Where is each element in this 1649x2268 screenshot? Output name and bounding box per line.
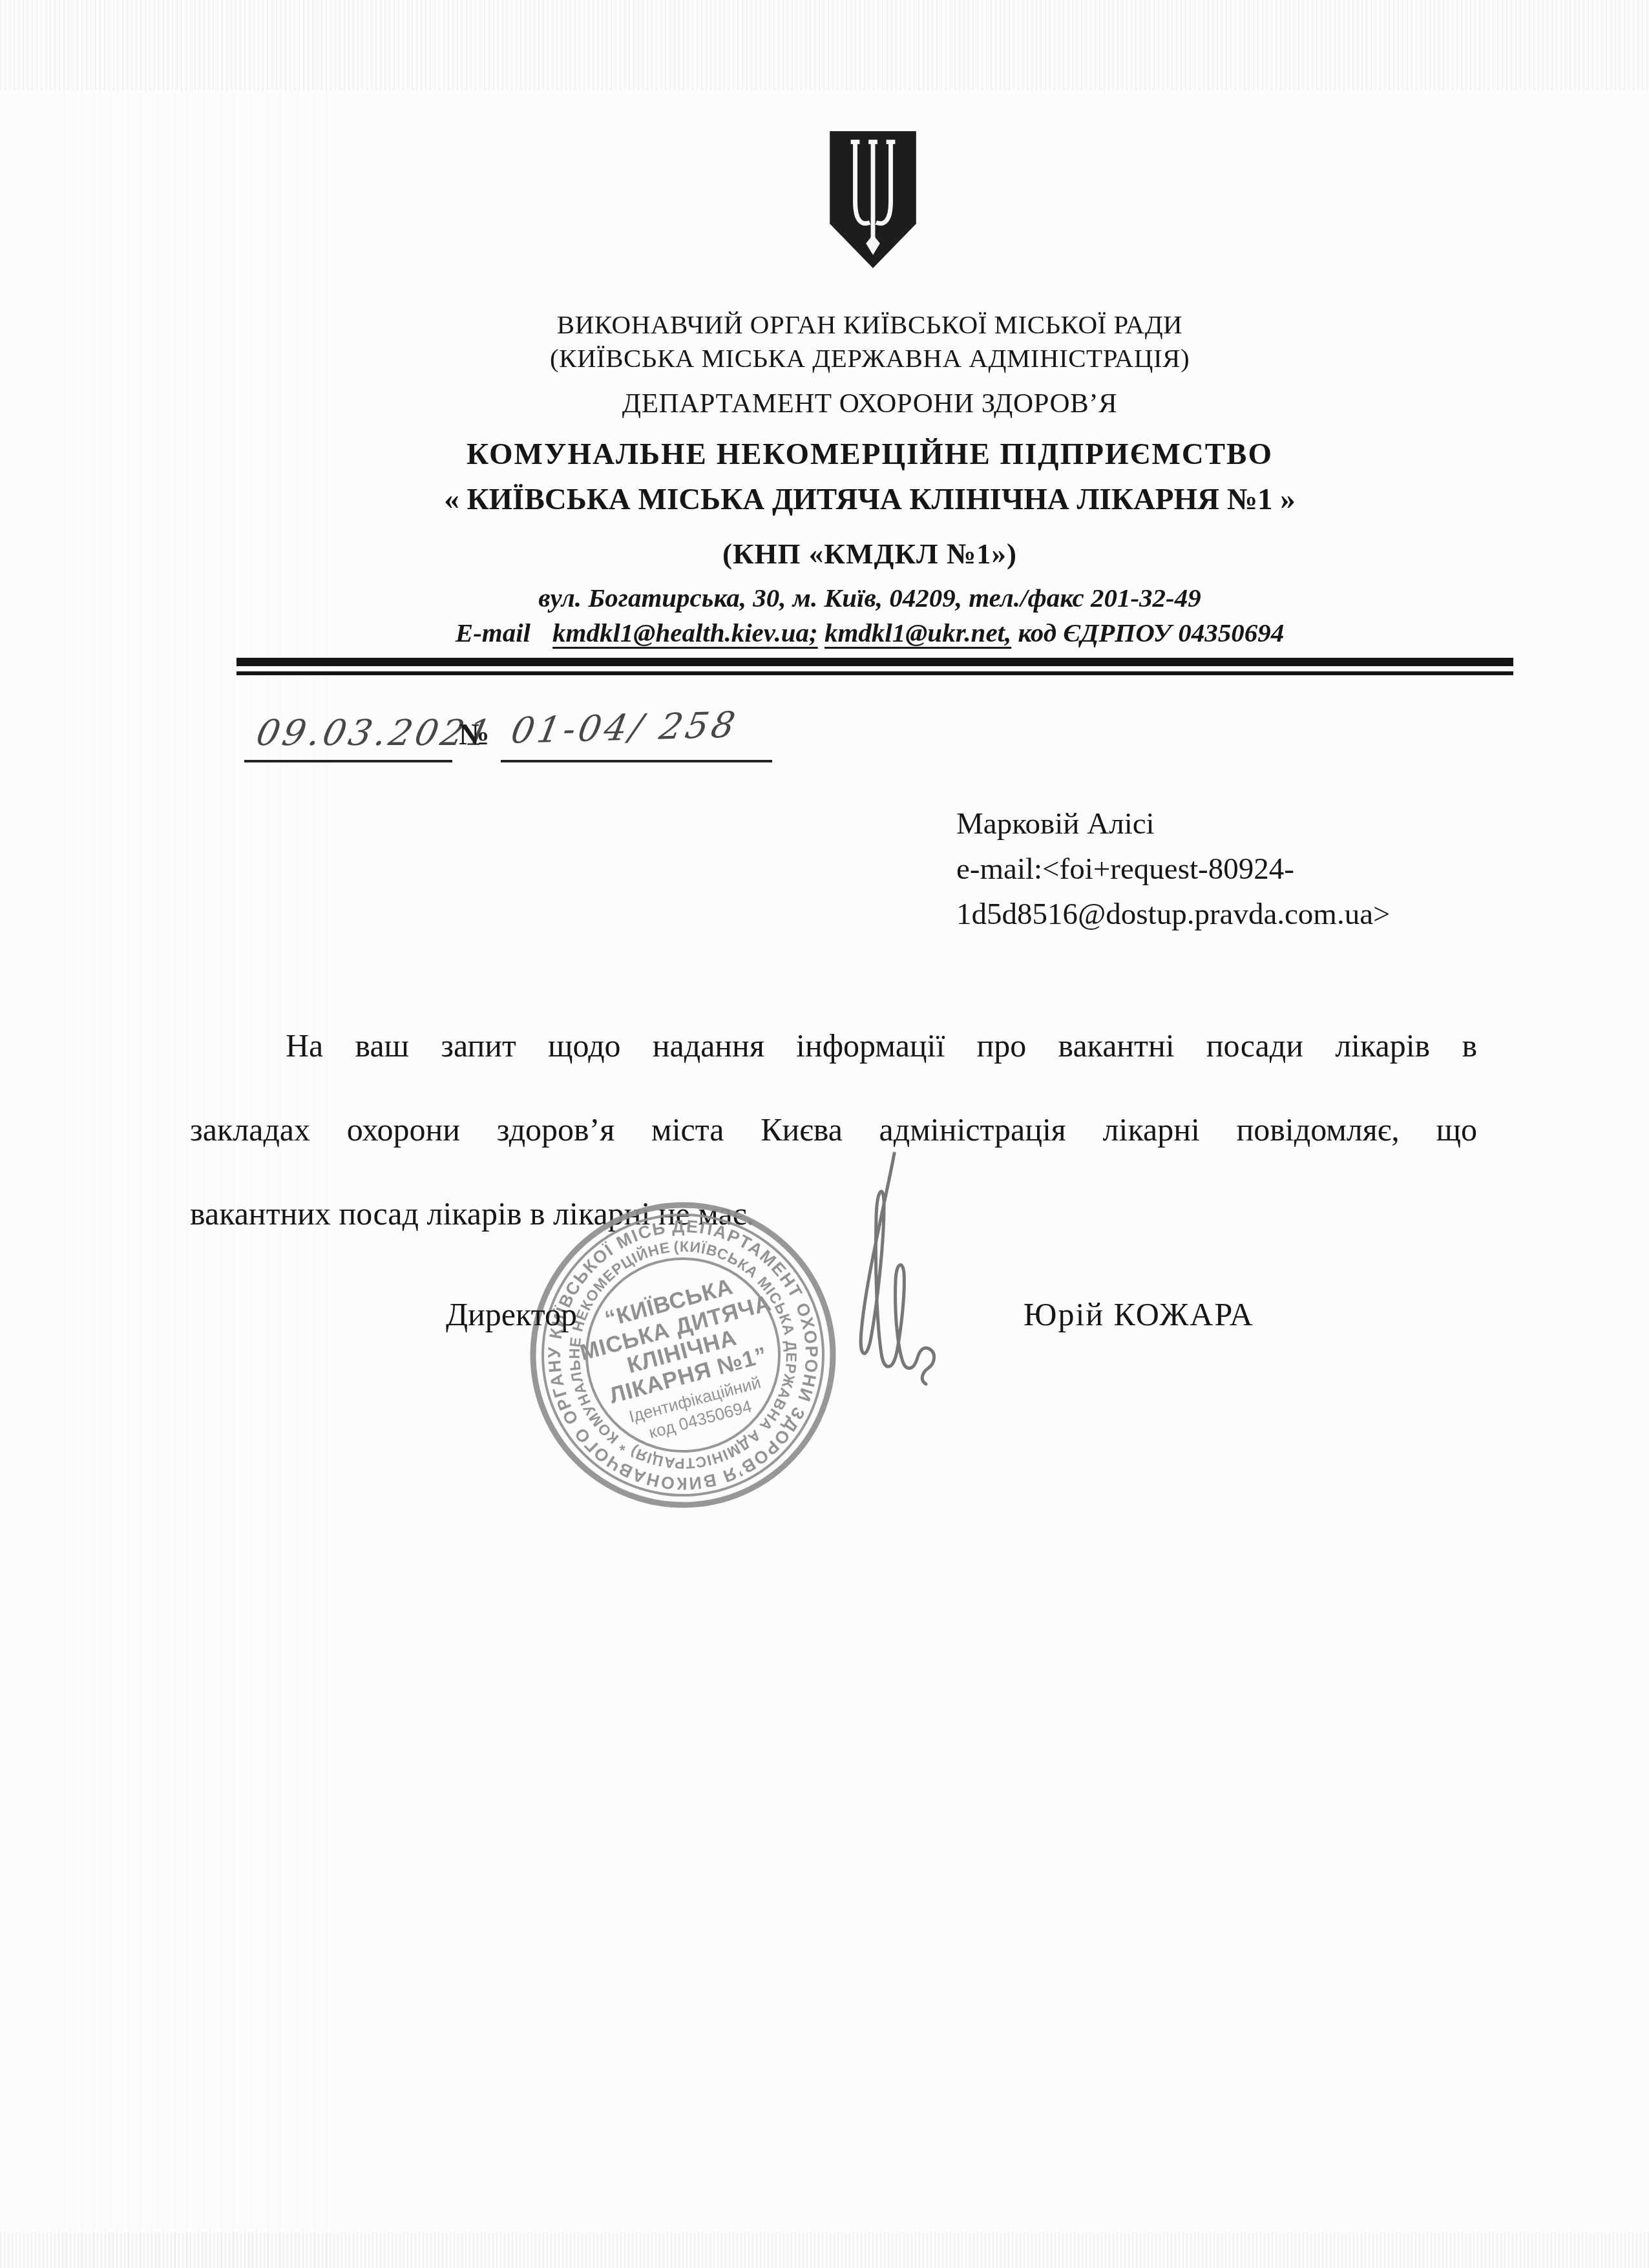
edrpou-code: код ЄДРПОУ 04350694: [1018, 618, 1285, 647]
header-org-line2: (КИЇВСЬКА МІСЬКА ДЕРЖАВНА АДМІНІСТРАЦІЯ): [45, 342, 1649, 373]
body-line-1: На ваш запит щодо надання інформації про…: [190, 1003, 1477, 1087]
header-postal-address: вул. Богатирська, 30, м. Київ, 04209, те…: [45, 582, 1649, 613]
email-secondary: kmdkl1@ukr.net,: [824, 618, 1011, 647]
header-department: ДЕПАРТАМЕНТ ОХОРОНИ ЗДОРОВ’Я: [45, 388, 1649, 419]
signoff-name: Юрій КОЖАРА: [1024, 1296, 1254, 1333]
handwritten-outgoing-number: 01-04/ 258: [511, 704, 738, 751]
scan-noise-bottom: [0, 2232, 1649, 2268]
header-enterprise-name: « КИЇВСЬКА МІСЬКА ДИТЯЧА КЛІНІЧНА ЛІКАРН…: [45, 482, 1649, 517]
director-signature: [817, 1144, 947, 1392]
ukraine-trident-emblem: [825, 128, 921, 273]
email-label: E-mail: [456, 618, 530, 647]
email-primary: kmdkl1@health.kiev.ua;: [552, 618, 818, 647]
header-enterprise-abbreviation: (КНП «КМДКЛ №1»): [45, 537, 1649, 571]
recipient-name: Марковій Алісі: [956, 801, 1391, 846]
header-org-line1: ВИКОНАВЧИЙ ОРГАН КИЇВСЬКОЇ МІСЬКОЇ РАДИ: [45, 309, 1649, 340]
hospital-round-stamp: ДЕПАРТАМЕНТ ОХОРОНИ ЗДОРОВ’Я ВИКОНАВЧОГО…: [528, 1200, 838, 1510]
recipient-email-line2: 1d5d8516@dostup.pravda.com.ua>: [956, 892, 1391, 937]
scanned-letter: { "document": { "header": { "org_line1":…: [0, 0, 1649, 2268]
date-underline: [244, 760, 452, 762]
header-enterprise-type: КОМУНАЛЬНЕ НЕКОМЕРЦІЙНЕ ПІДПРИЄМСТВО: [45, 437, 1649, 472]
header-contact-line: E-mailkmdkl1@health.kiev.ua; kmdkl1@ukr.…: [45, 617, 1649, 648]
page: ВИКОНАВЧИЙ ОРГАН КИЇВСЬКОЇ МІСЬКОЇ РАДИ …: [0, 0, 1649, 2268]
handwritten-date: 09.03.2021: [257, 712, 493, 753]
scan-noise-top: [0, 0, 1649, 90]
recipient-email-line1: e-mail:<foi+request-80924-: [956, 846, 1391, 892]
number-underline: [501, 760, 772, 762]
number-sign: №: [459, 717, 489, 752]
signoff-title: Директор: [446, 1296, 577, 1333]
recipient-block: Марковій Алісі e-mail:<foi+request-80924…: [956, 801, 1391, 937]
letterhead-divider: [236, 658, 1513, 675]
